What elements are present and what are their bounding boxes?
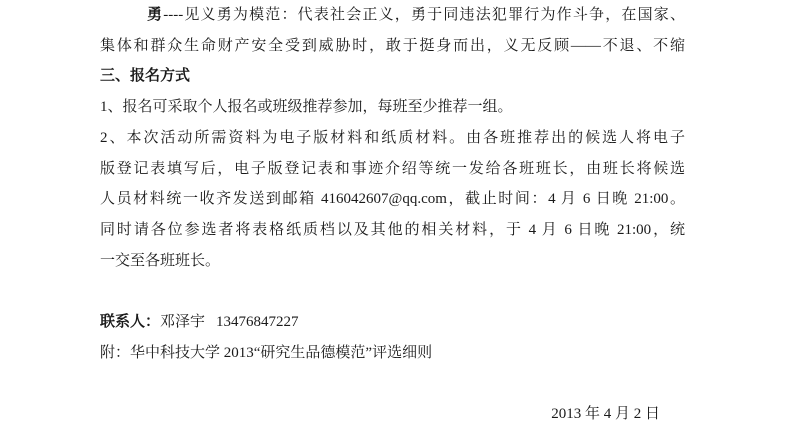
- signup-item-2-line-2: 版登记表填写后，电子版登记表和事迹介绍等统一发给各班班长，由班长将候选: [100, 154, 685, 185]
- signup-item-2-line-5: 一交至各班班长。: [100, 246, 685, 277]
- blank-line: [100, 276, 685, 307]
- blank-line: [100, 368, 685, 399]
- document-page: 勇----见义勇为模范：代表社会正义，勇于同违法犯罪行为作斗争，在国家、 集体和…: [100, 0, 685, 430]
- contact-name: 邓泽宇: [160, 314, 205, 330]
- contact-line: 联系人：邓泽宇13476847227: [100, 307, 685, 338]
- signup-item-1: 1、报名可采取个人报名或班级推荐参加，每班至少推荐一组。: [100, 92, 685, 123]
- signup-item-2-line-4: 同时请各位参选者将表格纸质档以及其他的相关材料，于 4 月 6 日晚 21:00…: [100, 215, 685, 246]
- contact-phone: 13476847227: [216, 314, 299, 330]
- date-line: 2013 年 4 月 2 日: [100, 399, 685, 430]
- yong-line-1-text: ----见义勇为模范：代表社会正义，勇于同违法犯罪行为作斗争，在国家、: [163, 7, 685, 23]
- contact-label: 联系人：: [100, 314, 160, 330]
- section-heading-signup: 三、报名方式: [100, 61, 685, 92]
- paragraph-yong-line-1: 勇----见义勇为模范：代表社会正义，勇于同违法犯罪行为作斗争，在国家、: [100, 0, 685, 31]
- attachment-note: 附：华中科技大学 2013“研究生品德模范”评选细则: [100, 338, 685, 369]
- paragraph-yong-line-2: 集体和群众生命财产安全受到威胁时，敢于挺身而出，义无反顾——不退、不缩: [100, 31, 685, 62]
- yong-bold-lead: 勇: [147, 7, 163, 23]
- signup-item-2-line-1: 2、本次活动所需资料为电子版材料和纸质材料。由各班推荐出的候选人将电子: [100, 123, 685, 154]
- signup-item-2-line-3: 人员材料统一收齐发送到邮箱 416042607@qq.com，截止时间：4 月 …: [100, 184, 685, 215]
